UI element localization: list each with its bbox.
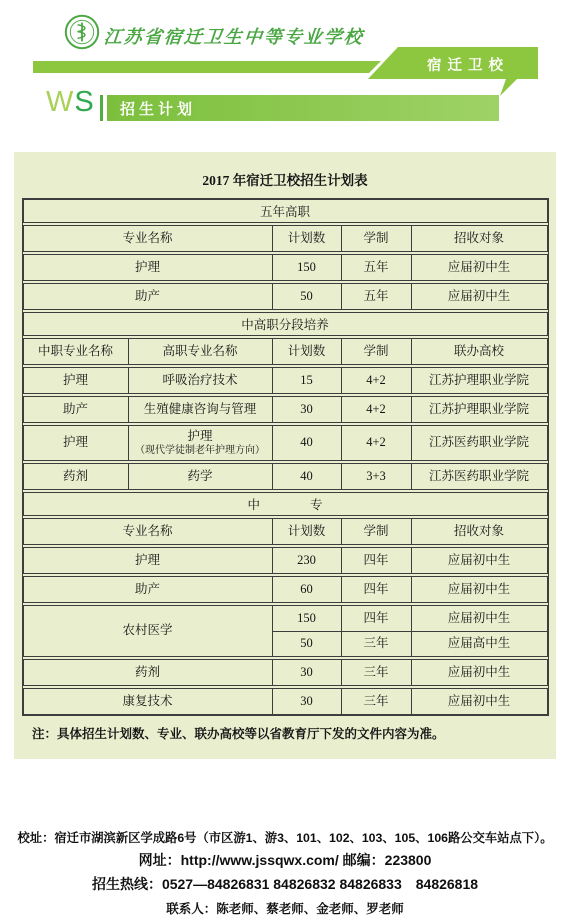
plan-table: 五年高职专业名称计划数学制招收对象护理150五年应届初中生助产50五年应届初中生… <box>22 198 549 716</box>
table-row: 护理呼吸治疗技术154+2江苏护理职业学院 <box>23 367 548 394</box>
table-cell: 康复技术 <box>24 689 273 714</box>
ws-letter-w: W <box>46 86 74 118</box>
table-cell: 应届初中生 <box>412 548 547 573</box>
table-cell: 护理 <box>24 255 273 280</box>
table-cell: 应届初中生 <box>412 284 547 309</box>
table-row: 助产生殖健康咨询与管理304+2江苏护理职业学院 <box>23 396 548 423</box>
table-cell: 三年 <box>342 689 412 714</box>
table-cell: 生殖健康咨询与管理 <box>129 397 273 422</box>
table-cell: 江苏医药职业学院 <box>412 464 547 489</box>
table-section-row: 中 专 <box>23 492 548 516</box>
footer-hotline: 招生热线：0527—84826831 84826832 84826833 848… <box>0 874 570 894</box>
table-cell: 助产 <box>24 577 273 602</box>
table-cell: 应届初中生 <box>412 577 547 602</box>
plan-table-body: 五年高职专业名称计划数学制招收对象护理150五年应届初中生助产50五年应届初中生… <box>23 199 548 715</box>
ws-mark: WS <box>46 88 95 117</box>
table-header-cell: 招收对象 <box>412 226 547 251</box>
table-cell: 40 <box>273 464 342 489</box>
table-row: 护理150五年应届初中生 <box>23 254 548 281</box>
table-cell: 应届初中生 <box>412 255 547 280</box>
table-section-label: 中 专 <box>24 493 547 515</box>
table-section-row: 中高职分段培养 <box>23 312 548 336</box>
table-title: 2017 年宿迁卫校招生计划表 <box>14 152 556 189</box>
table-row: 助产50五年应届初中生 <box>23 283 548 310</box>
table-cell: 30 <box>273 397 342 422</box>
table-header-cell: 计划数 <box>273 339 342 364</box>
table-header-cell: 中职专业名称 <box>24 339 129 364</box>
table-row: 护理护理（现代学徒制老年护理方向）404+2江苏医药职业学院 <box>23 425 548 461</box>
table-cell: 三年 <box>342 660 412 685</box>
table-cell: 护理 <box>24 368 129 393</box>
table-section-label: 五年高职 <box>24 200 547 222</box>
table-cell: 15 <box>273 368 342 393</box>
table-row: 助产60四年应届初中生 <box>23 576 548 603</box>
table-cell: 助产 <box>24 284 273 309</box>
table-cell: 江苏护理职业学院 <box>412 368 547 393</box>
table-cell: 应届高中生 <box>412 631 547 656</box>
table-cell: 药学 <box>129 464 273 489</box>
table-cell: 护理 <box>24 426 129 460</box>
table-cell: 五年 <box>342 255 412 280</box>
table-row: 药剂30三年应届初中生 <box>23 659 548 686</box>
table-row: 药剂药学403+3江苏医药职业学院 <box>23 463 548 490</box>
table-cell: 230 <box>273 548 342 573</box>
table-cell: 4+2 <box>342 368 412 393</box>
footer-address: 校址：宿迁市湖滨新区学成路6号（市区游1、游3、101、102、103、105、… <box>0 828 570 846</box>
ws-divider <box>100 95 103 121</box>
table-cell: 药剂 <box>24 660 273 685</box>
table-cell: 应届初中生 <box>412 660 547 685</box>
flyer-page: 江苏省宿迁卫生中等专业学校 宿迁卫校 WS 招生计划 2017 年宿迁卫校招生计… <box>0 0 570 920</box>
table-row: 护理230四年应届初中生 <box>23 547 548 574</box>
section-title: 招生计划 <box>120 98 196 119</box>
table-cell: 应届初中生 <box>412 689 547 714</box>
table-cell: 五年 <box>342 284 412 309</box>
table-cell: 四年 <box>342 606 412 631</box>
table-cell: 30 <box>273 660 342 685</box>
table-cell: 3+3 <box>342 464 412 489</box>
table-cell: 150 <box>273 606 342 631</box>
section-title-bar: 招生计划 <box>107 95 499 121</box>
table-cell: 4+2 <box>342 426 412 460</box>
table-cell: 40 <box>273 426 342 460</box>
table-cell: 60 <box>273 577 342 602</box>
table-cell: 4+2 <box>342 397 412 422</box>
table-section-row: 五年高职 <box>23 199 548 223</box>
table-cell: 150 <box>273 255 342 280</box>
table-cell: 护理（现代学徒制老年护理方向） <box>129 426 273 460</box>
table-header-cell: 学制 <box>342 226 412 251</box>
table-cell: 三年 <box>342 631 412 656</box>
table-header-cell: 高职专业名称 <box>129 339 273 364</box>
table-cell: 四年 <box>342 577 412 602</box>
table-header-cell: 学制 <box>342 339 412 364</box>
table-header-cell: 招收对象 <box>412 519 547 544</box>
ribbon-label: 宿迁卫校 <box>399 54 537 75</box>
table-header-cell: 计划数 <box>273 519 342 544</box>
table-cell: 呼吸治疗技术 <box>129 368 273 393</box>
table-cell: 江苏医药职业学院 <box>412 426 547 460</box>
table-header-cell: 专业名称 <box>24 226 273 251</box>
table-header-row: 中职专业名称高职专业名称计划数学制联办高校 <box>23 338 548 365</box>
table-cell: 应届初中生 <box>412 606 547 631</box>
table-cell: 50 <box>273 284 342 309</box>
table-header-cell: 联办高校 <box>412 339 547 364</box>
table-section-label: 中高职分段培养 <box>24 313 547 335</box>
table-header-row: 专业名称计划数学制招收对象 <box>23 518 548 545</box>
table-row: 康复技术30三年应届初中生 <box>23 688 548 715</box>
table-cell: 护理 <box>24 548 273 573</box>
footer-website-line: 网址：http://www.jssqwx.com/ 邮编：223800 <box>0 850 570 870</box>
table-cell: 江苏护理职业学院 <box>412 397 547 422</box>
table-rowgroup: 农村医学150四年应届初中生50三年应届高中生 <box>23 605 548 657</box>
table-cell: 四年 <box>342 548 412 573</box>
table-cell: 50 <box>273 631 342 656</box>
footer-contacts: 联系人：陈老师、蔡老师、金老师、罗老师 <box>0 899 570 917</box>
table-header-row: 专业名称计划数学制招收对象 <box>23 225 548 252</box>
table-note: 注：具体招生计划数、专业、联办高校等以省教育厅下发的文件内容为准。 <box>32 724 556 742</box>
enrollment-panel: 2017 年宿迁卫校招生计划表 五年高职专业名称计划数学制招收对象护理150五年… <box>14 152 556 759</box>
table-cell: 农村医学 <box>24 606 273 656</box>
footer: 校址：宿迁市湖滨新区学成路6号（市区游1、游3、101、102、103、105、… <box>0 828 570 917</box>
table-header-cell: 计划数 <box>273 226 342 251</box>
table-header-cell: 学制 <box>342 519 412 544</box>
ws-letter-s: S <box>74 86 94 118</box>
table-cell: 助产 <box>24 397 129 422</box>
table-header-cell: 专业名称 <box>24 519 273 544</box>
table-cell: 30 <box>273 689 342 714</box>
table-cell: 药剂 <box>24 464 129 489</box>
